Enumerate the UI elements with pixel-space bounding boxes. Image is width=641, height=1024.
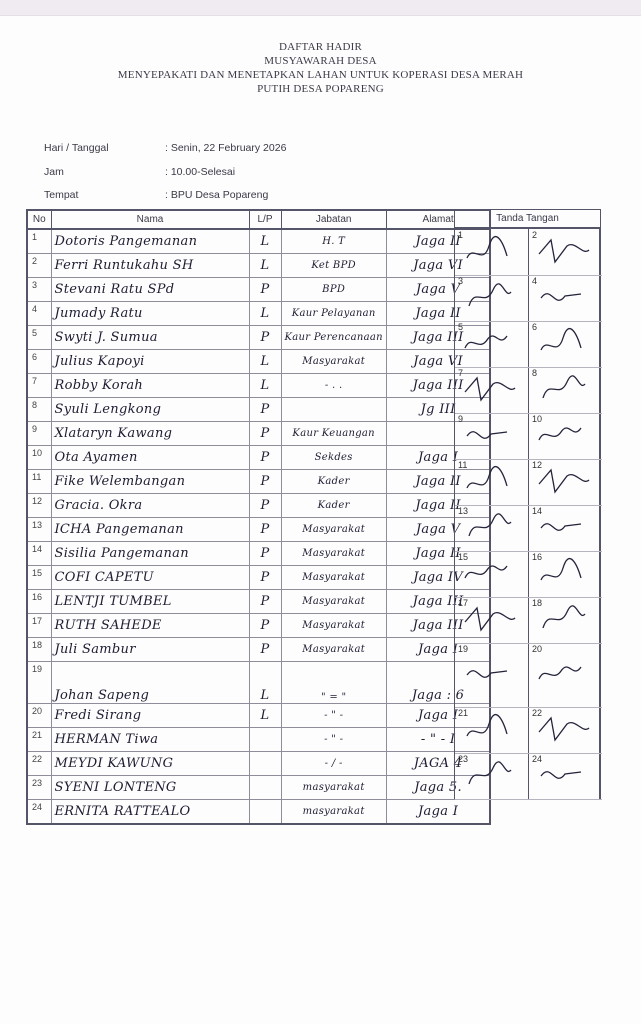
row-gender: P — [249, 518, 281, 542]
row-position: Kaur Pelayanan — [281, 302, 386, 326]
row-gender: P — [249, 422, 281, 446]
signature-scribble-icon — [463, 371, 521, 409]
row-name: Johan Sapeng — [51, 662, 249, 704]
signature-cell: 16 — [529, 551, 602, 597]
signature-cell: 18 — [529, 597, 602, 643]
header-tanda-tangan: Tanda Tangan — [454, 209, 601, 229]
row-number: 17 — [27, 614, 51, 638]
signature-cell: 6 — [529, 321, 602, 367]
row-number: 3 — [27, 278, 51, 302]
signature-cell: 4 — [529, 275, 602, 321]
row-number: 19 — [27, 662, 51, 704]
header-nama: Nama — [51, 210, 249, 229]
row-name: Fredi Sirang — [51, 704, 249, 728]
signature-cell: 12 — [529, 459, 602, 505]
row-name: Robby Korah — [51, 374, 249, 398]
attendance-table: No Nama L/P Jabatan Alamat 1Dotoris Pang… — [26, 209, 491, 825]
title-line-1: DAFTAR HADIR — [0, 40, 641, 54]
row-position: Masyarakat — [281, 590, 386, 614]
table-row: 8Syuli LengkongPJg III — [27, 398, 490, 422]
row-name: MEYDI KAWUNG — [51, 752, 249, 776]
row-name: Sisilia Pangemanan — [51, 542, 249, 566]
table-row: 2Ferri Runtukahu SHLKet BPDJaga VI — [27, 254, 490, 278]
row-position: Masyarakat — [281, 350, 386, 374]
row-gender: L — [249, 229, 281, 254]
table-row: 20Fredi SirangL- " -Jaga I — [27, 704, 490, 728]
row-position: Masyarakat — [281, 638, 386, 662]
row-name: Syuli Lengkong — [51, 398, 249, 422]
place-value: : BPU Desa Popareng — [165, 189, 268, 201]
signature-cell: 9 — [455, 413, 528, 459]
signature-scribble-icon — [463, 325, 521, 363]
row-name: LENTJI TUMBEL — [51, 590, 249, 614]
row-gender: L — [249, 254, 281, 278]
header-no: No — [27, 210, 51, 229]
table-row: 14Sisilia PangemananPMasyarakatJaga II — [27, 542, 490, 566]
signature-scribble-icon — [463, 279, 521, 317]
row-name: Dotoris Pangemanan — [51, 229, 249, 254]
row-number: 20 — [27, 704, 51, 728]
row-number: 12 — [27, 494, 51, 518]
row-position: Ket BPD — [281, 254, 386, 278]
row-gender — [249, 776, 281, 800]
signature-cell: 21 — [455, 707, 528, 753]
row-name: Stevani Ratu SPd — [51, 278, 249, 302]
row-number: 23 — [27, 776, 51, 800]
row-gender: P — [249, 494, 281, 518]
signature-scribble-icon — [537, 279, 595, 317]
signature-cell: 10 — [529, 413, 602, 459]
table-row: 19Johan SapengL" = "Jaga : 6 — [27, 662, 490, 704]
row-number: 14 — [27, 542, 51, 566]
row-name: Fike Welembangan — [51, 470, 249, 494]
row-number: 22 — [27, 752, 51, 776]
row-name: SYENI LONTENG — [51, 776, 249, 800]
row-gender: P — [249, 638, 281, 662]
row-name: Xlataryn Kawang — [51, 422, 249, 446]
title-line-3: MENYEPAKATI DAN MENETAPKAN LAHAN UNTUK K… — [0, 68, 641, 82]
row-gender: P — [249, 398, 281, 422]
row-name: RUTH SAHEDE — [51, 614, 249, 638]
table-row: 12Gracia. OkraPKaderJaga II — [27, 494, 490, 518]
row-gender: P — [249, 470, 281, 494]
row-gender: P — [249, 278, 281, 302]
row-name: Julius Kapoyi — [51, 350, 249, 374]
signature-scribble-icon — [537, 463, 595, 501]
table-row: 3Stevani Ratu SPdPBPDJaga V — [27, 278, 490, 302]
signature-scribble-icon — [463, 555, 521, 593]
signature-scribble-icon — [463, 601, 521, 639]
row-gender: L — [249, 662, 281, 704]
row-position: Kader — [281, 470, 386, 494]
row-gender: P — [249, 542, 281, 566]
signature-cell: 13 — [455, 505, 528, 551]
row-number: 7 — [27, 374, 51, 398]
signature-scribble-icon — [537, 417, 595, 455]
table-row: 10Ota AyamenPSekdesJaga I — [27, 446, 490, 470]
signature-scribble-icon — [537, 509, 595, 547]
signature-cell: 2 — [529, 229, 602, 275]
table-row: 21HERMAN Tiwa- " -- " - I — [27, 728, 490, 752]
row-position: H. T — [281, 229, 386, 254]
table-row: 13ICHA PangemananPMasyarakatJaga V — [27, 518, 490, 542]
row-position: masyarakat — [281, 800, 386, 825]
row-name: Swyti J. Sumua — [51, 326, 249, 350]
table-row: 1Dotoris PangemananLH. TJaga II — [27, 229, 490, 254]
row-number: 24 — [27, 800, 51, 825]
row-position: BPD — [281, 278, 386, 302]
row-number: 13 — [27, 518, 51, 542]
row-name: ERNITA RATTEALO — [51, 800, 249, 825]
row-number: 1 — [27, 229, 51, 254]
row-gender — [249, 728, 281, 752]
row-position: Masyarakat — [281, 566, 386, 590]
signature-grid: 123456789101112131415161718192021222324 — [454, 229, 601, 799]
row-number: 10 — [27, 446, 51, 470]
row-number: 15 — [27, 566, 51, 590]
row-position: - . . — [281, 374, 386, 398]
row-gender: P — [249, 614, 281, 638]
row-number: 18 — [27, 638, 51, 662]
row-position: Masyarakat — [281, 518, 386, 542]
row-position: Masyarakat — [281, 542, 386, 566]
title-line-4: PUTIH DESA POPARENG — [0, 82, 641, 96]
signature-scribble-icon — [537, 711, 595, 749]
table-row: 4Jumady RatuLKaur PelayananJaga II — [27, 302, 490, 326]
row-position: Kaur Keuangan — [281, 422, 386, 446]
top-bar — [0, 0, 641, 16]
table-row: 9Xlataryn KawangPKaur Keuangan — [27, 422, 490, 446]
time-label: Jam — [44, 166, 64, 178]
table-row: 22MEYDI KAWUNG- / -JAGA 4 — [27, 752, 490, 776]
signature-scribble-icon — [463, 647, 521, 703]
row-position: Masyarakat — [281, 614, 386, 638]
date-label: Hari / Tanggal — [44, 142, 109, 154]
signature-cell: 11 — [455, 459, 528, 505]
signature-cell: 15 — [455, 551, 528, 597]
row-number: 9 — [27, 422, 51, 446]
table-row: 17RUTH SAHEDEPMasyarakatJaga III — [27, 614, 490, 638]
header-lp: L/P — [249, 210, 281, 229]
signature-cell: 3 — [455, 275, 528, 321]
row-name: Ferri Runtukahu SH — [51, 254, 249, 278]
table-row: 16LENTJI TUMBELPMasyarakatJaga III — [27, 590, 490, 614]
signature-scribble-icon — [537, 647, 595, 703]
signature-cell: 24 — [529, 753, 602, 799]
row-position: - " - — [281, 704, 386, 728]
row-gender: L — [249, 350, 281, 374]
row-name: Ota Ayamen — [51, 446, 249, 470]
document-title: DAFTAR HADIR MUSYAWARAH DESA MENYEPAKATI… — [0, 40, 641, 96]
signature-scribble-icon — [463, 509, 521, 547]
title-line-2: MUSYAWARAH DESA — [0, 54, 641, 68]
signature-cell: 8 — [529, 367, 602, 413]
table-row: 5Swyti J. SumuaPKaur PerencanaanJaga III — [27, 326, 490, 350]
signature-scribble-icon — [537, 233, 595, 271]
table-row: 23SYENI LONTENGmasyarakatJaga 5. — [27, 776, 490, 800]
row-name: Jumady Ratu — [51, 302, 249, 326]
signature-row-line — [455, 799, 602, 800]
signature-scribble-icon — [463, 417, 521, 455]
table-row: 18Juli SamburPMasyarakatJaga I — [27, 638, 490, 662]
row-gender: L — [249, 374, 281, 398]
time-value: : 10.00-Selesai — [165, 166, 235, 178]
signature-scribble-icon — [537, 555, 595, 593]
row-gender: P — [249, 326, 281, 350]
signature-cell: 7 — [455, 367, 528, 413]
row-position: " = " — [281, 662, 386, 704]
table-row: 11Fike WelembanganPKaderJaga II — [27, 470, 490, 494]
header-jabatan: Jabatan — [281, 210, 386, 229]
row-number: 6 — [27, 350, 51, 374]
signature-cell: 22 — [529, 707, 602, 753]
row-address: Jaga I — [386, 800, 490, 825]
date-value: : Senin, 22 February 2026 — [165, 142, 286, 154]
row-name: Gracia. Okra — [51, 494, 249, 518]
table-row: 6Julius KapoyiLMasyarakatJaga VI — [27, 350, 490, 374]
signature-scribble-icon — [463, 711, 521, 749]
row-position: - / - — [281, 752, 386, 776]
table-row: 7Robby KorahL- . .Jaga III — [27, 374, 490, 398]
signature-scribble-icon — [537, 601, 595, 639]
row-gender: L — [249, 302, 281, 326]
row-number: 2 — [27, 254, 51, 278]
signature-column: Tanda Tangan 123456789101112131415161718… — [454, 209, 601, 799]
place-label: Tempat — [44, 189, 78, 201]
row-number: 4 — [27, 302, 51, 326]
signature-cell: 5 — [455, 321, 528, 367]
table-row: 15COFI CAPETUPMasyarakatJaga IV — [27, 566, 490, 590]
row-number: 5 — [27, 326, 51, 350]
row-gender: P — [249, 590, 281, 614]
row-gender: L — [249, 704, 281, 728]
row-position: Sekdes — [281, 446, 386, 470]
row-name: Juli Sambur — [51, 638, 249, 662]
row-position: - " - — [281, 728, 386, 752]
signature-scribble-icon — [537, 325, 595, 363]
row-number: 21 — [27, 728, 51, 752]
signature-scribble-icon — [463, 233, 521, 271]
row-gender: P — [249, 446, 281, 470]
signature-scribble-icon — [463, 463, 521, 501]
signature-scribble-icon — [463, 757, 521, 795]
signature-cell: 17 — [455, 597, 528, 643]
row-gender: P — [249, 566, 281, 590]
row-position: Kader — [281, 494, 386, 518]
row-name: ICHA Pangemanan — [51, 518, 249, 542]
signature-cell: 14 — [529, 505, 602, 551]
row-name: COFI CAPETU — [51, 566, 249, 590]
signature-scribble-icon — [537, 757, 595, 795]
row-number: 11 — [27, 470, 51, 494]
row-position: masyarakat — [281, 776, 386, 800]
signature-cell: 1 — [455, 229, 528, 275]
signature-cell: 20 — [529, 643, 602, 707]
row-number: 8 — [27, 398, 51, 422]
signature-cell: 23 — [455, 753, 528, 799]
row-gender — [249, 752, 281, 776]
table-header-row: No Nama L/P Jabatan Alamat — [27, 210, 490, 229]
row-position — [281, 398, 386, 422]
row-gender — [249, 800, 281, 825]
row-name: HERMAN Tiwa — [51, 728, 249, 752]
signature-scribble-icon — [537, 371, 595, 409]
table-row: 24ERNITA RATTEALOmasyarakatJaga I — [27, 800, 490, 825]
row-position: Kaur Perencanaan — [281, 326, 386, 350]
signature-cell: 19 — [455, 643, 528, 707]
row-number: 16 — [27, 590, 51, 614]
